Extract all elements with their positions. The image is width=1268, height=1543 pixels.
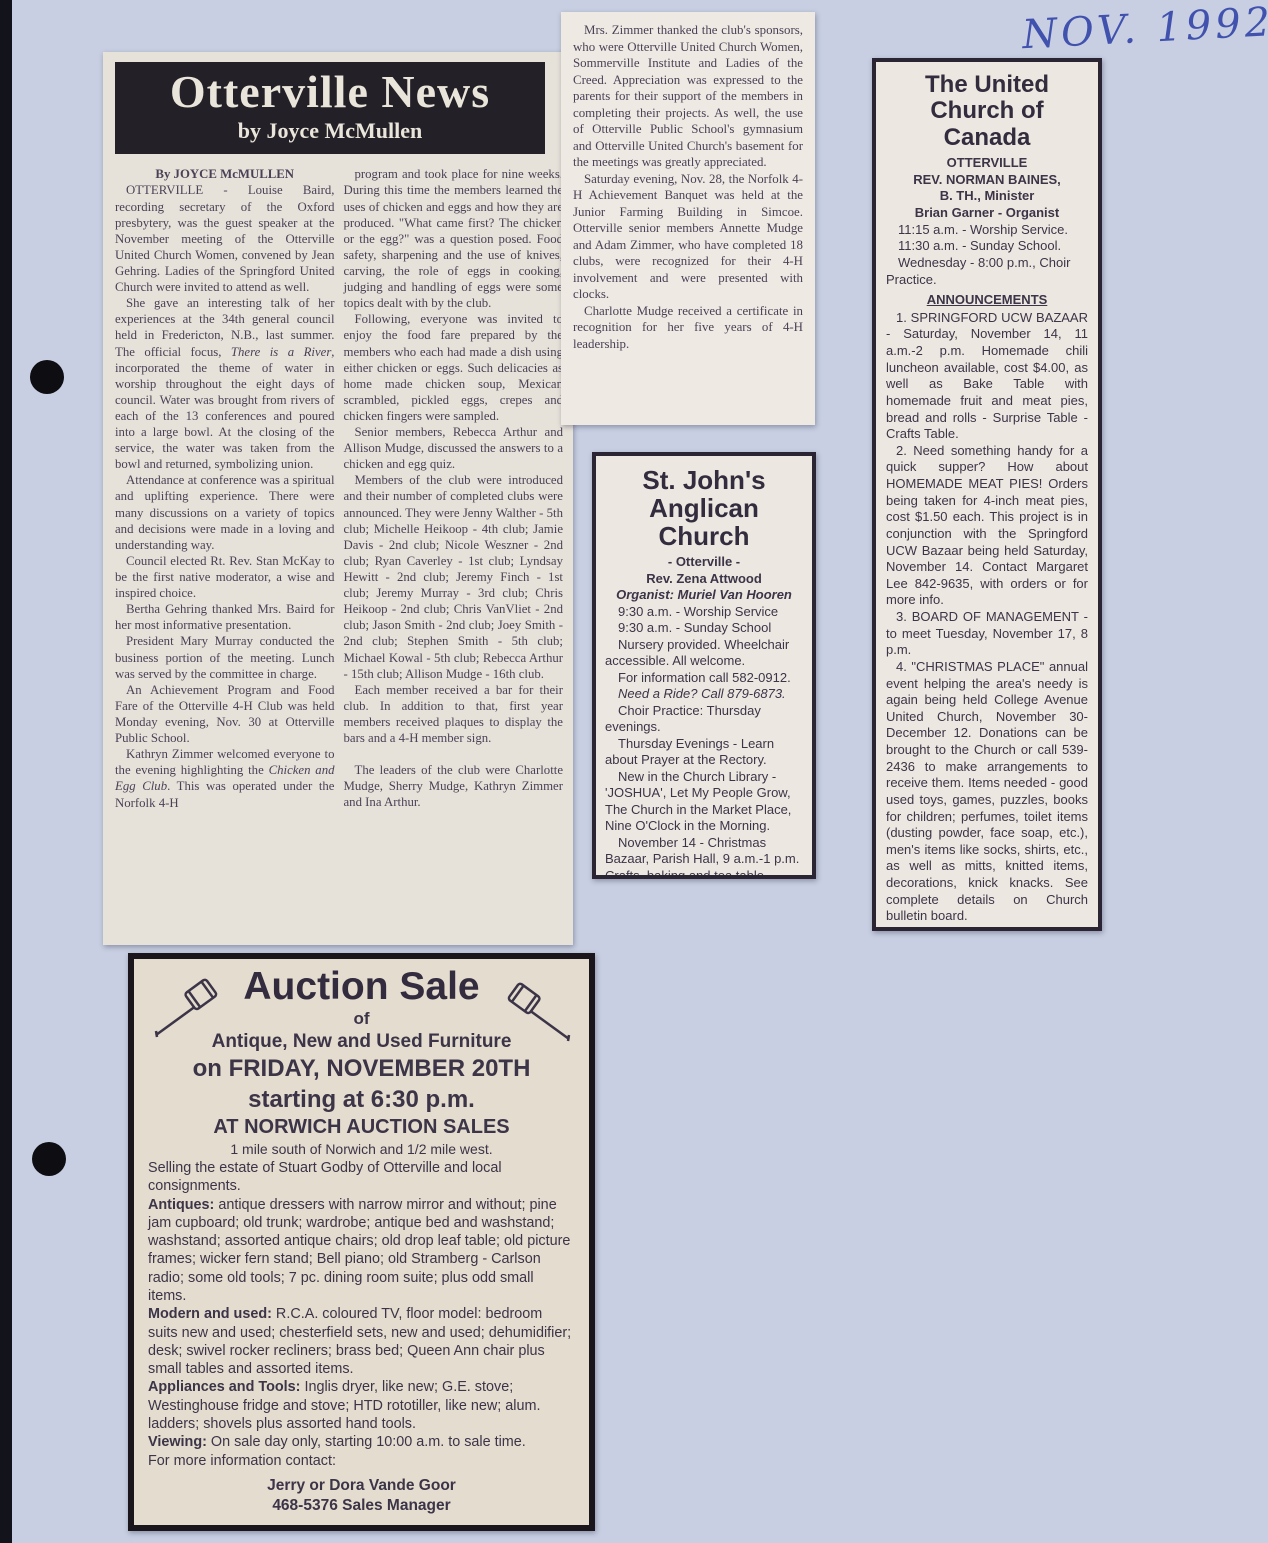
- paragraph: For more information contact:: [148, 1452, 575, 1470]
- paragraph: President Mary Murray conducted the busi…: [115, 633, 335, 681]
- st-johns-ad: St. John'sAnglican Church - Otterville -…: [592, 452, 816, 879]
- ad-line: 9:30 a.m. - Sunday School: [605, 620, 803, 637]
- article-byline: By JOYCE McMULLEN: [115, 166, 335, 182]
- ad-line: 11:15 a.m. - Worship Service.: [886, 222, 1088, 239]
- paragraph: Charlotte Mudge received a certificate i…: [573, 303, 803, 353]
- ad-organist: Brian Garner - Organist: [886, 205, 1088, 222]
- ad-title-line: Anglican Church: [649, 493, 759, 551]
- ad-line: Choir Practice: Thursday evenings.: [605, 703, 803, 736]
- paragraph: Viewing: On sale day only, starting 10:0…: [148, 1433, 575, 1451]
- ad-line: Wednesday - 8:00 p.m., Choir Practice.: [886, 255, 1088, 288]
- paragraph: Appliances and Tools: Inglis dryer, like…: [148, 1378, 575, 1433]
- ad-line: November 14 - Christmas Bazaar, Parish H…: [605, 835, 803, 879]
- auction-contact: Jerry or Dora Vande Goor 468-5376 Sales …: [148, 1476, 575, 1516]
- ad-organist: Organist: Muriel Van Hooren: [605, 587, 803, 604]
- hole-punch: [30, 360, 64, 394]
- ad-minister: REV. NORMAN BAINES,: [886, 172, 1088, 189]
- paragraph: Attendance at conference was a spiritual…: [115, 472, 335, 553]
- ad-line: 9:30 a.m. - Worship Service: [605, 604, 803, 621]
- lead-label: Modern and used:: [148, 1306, 272, 1322]
- ad-minister: B. TH., Minister: [886, 188, 1088, 205]
- lead-label: Viewing:: [148, 1434, 207, 1450]
- ad-location: OTTERVILLE: [886, 155, 1088, 172]
- handwritten-date: NOV. 1992: [1021, 0, 1263, 58]
- ad-line: Nursery provided. Wheelchair accessible.…: [605, 637, 803, 670]
- scrapbook-page: NOV. 1992 Otterville News by Joyce McMul…: [0, 0, 1268, 1543]
- paragraph: Mrs. Zimmer thanked the club's sponsors,…: [573, 22, 803, 171]
- article-columns: By JOYCE McMULLEN OTTERVILLE - Louise Ba…: [103, 166, 573, 810]
- zimmer-clipping: Mrs. Zimmer thanked the club's sponsors,…: [561, 12, 815, 425]
- paragraph: Members of the club were introduced and …: [344, 472, 564, 681]
- lead-label: Antiques:: [148, 1197, 214, 1213]
- auction-place: AT NORWICH AUCTION SALES: [148, 1116, 575, 1139]
- ad-rev: Rev. Zena Attwood: [605, 571, 803, 588]
- auction-directions: 1 mile south of Norwich and 1/2 mile wes…: [148, 1141, 575, 1157]
- binder-spine: [0, 0, 12, 1543]
- ad-line: 11:30 a.m. - Sunday School.: [886, 238, 1088, 255]
- ad-title-line: St. John's: [642, 465, 765, 495]
- paragraph: Saturday evening, Nov. 28, the Norfolk 4…: [573, 171, 803, 303]
- paragraph: Modern and used: R.C.A. coloured TV, flo…: [148, 1305, 575, 1378]
- paragraph: Antiques: antique dressers with narrow m…: [148, 1196, 575, 1306]
- paragraph: Each member received a bar for their clu…: [344, 682, 564, 746]
- lead-label: Appliances and Tools:: [148, 1379, 300, 1395]
- ad-title: The UnitedChurch of Canada: [886, 72, 1088, 151]
- otterville-news-clipping: Otterville News by Joyce McMullen By JOY…: [103, 52, 573, 945]
- article-column-2: program and took place for nine weeks. D…: [344, 166, 564, 810]
- paragraph: Council elected Rt. Rev. Stan McKay to b…: [115, 553, 335, 601]
- auction-date: on FRIDAY, NOVEMBER 20TH: [148, 1055, 575, 1083]
- ad-line: Thursday Evenings - Learn about Prayer a…: [605, 736, 803, 769]
- text-segment: On sale day only, starting 10:00 a.m. to…: [207, 1434, 526, 1450]
- paragraph: program and took place for nine weeks. D…: [344, 166, 564, 311]
- ad-title-line: Church of Canada: [930, 97, 1043, 150]
- ad-line: For information call 582-0912.: [605, 670, 803, 687]
- ad-line: Need a Ride? Call 879-6873.: [605, 686, 803, 703]
- masthead-title: Otterville News: [119, 68, 541, 116]
- masthead-byline: by Joyce McMullen: [119, 118, 541, 144]
- paragraph: An Achievement Program and Food Fare of …: [115, 682, 335, 746]
- announcements-heading: ANNOUNCEMENTS: [886, 292, 1088, 309]
- contact-phone: 468-5376 Sales Manager: [148, 1496, 575, 1516]
- gavel-icon: [493, 979, 577, 1045]
- united-church-ad: The UnitedChurch of Canada OTTERVILLE RE…: [872, 58, 1102, 931]
- ad-line: New in the Church Library - 'JOSHUA', Le…: [605, 769, 803, 835]
- announcement: 4. "CHRISTMAS PLACE" annual event helpin…: [886, 659, 1088, 925]
- contact-name: Jerry or Dora Vande Goor: [148, 1476, 575, 1496]
- hole-punch: [32, 1142, 66, 1176]
- ad-title: St. John'sAnglican Church: [605, 466, 803, 550]
- text-segment: , incorporated the theme of water in wor…: [115, 345, 335, 472]
- paragraph: The leaders of the club were Charlotte M…: [344, 762, 564, 810]
- auction-time: starting at 6:30 p.m.: [148, 1086, 575, 1114]
- italic-title: There is a River: [231, 345, 331, 359]
- announcement: 3. BOARD OF MANAGEMENT - to meet Tuesday…: [886, 609, 1088, 659]
- announcement: 1. SPRINGFORD UCW BAZAAR - Saturday, Nov…: [886, 310, 1088, 443]
- announcement: 2. Need something handy for a quick supp…: [886, 443, 1088, 609]
- paragraph: OTTERVILLE - Louise Baird, recording sec…: [115, 182, 335, 295]
- paragraph: Senior members, Rebecca Arthur and Allis…: [344, 424, 564, 472]
- paragraph: She gave an interesting talk of her expe…: [115, 295, 335, 472]
- paragraph: Bertha Gehring thanked Mrs. Baird for he…: [115, 601, 335, 633]
- masthead: Otterville News by Joyce McMullen: [115, 62, 545, 154]
- paragraph: Selling the estate of Stuart Godby of Ot…: [148, 1159, 575, 1196]
- ad-location: - Otterville -: [605, 554, 803, 571]
- article-column-1: By JOYCE McMULLEN OTTERVILLE - Louise Ba…: [115, 166, 335, 810]
- gavel-icon: [148, 975, 232, 1041]
- auction-sale-ad: Auction Sale of Antique, New and Used Fu…: [128, 953, 595, 1531]
- paragraph: Kathryn Zimmer welcomed everyone to the …: [115, 746, 335, 810]
- ad-title-line: The United: [925, 71, 1049, 98]
- paragraph: Following, everyone was invited to enjoy…: [344, 311, 564, 424]
